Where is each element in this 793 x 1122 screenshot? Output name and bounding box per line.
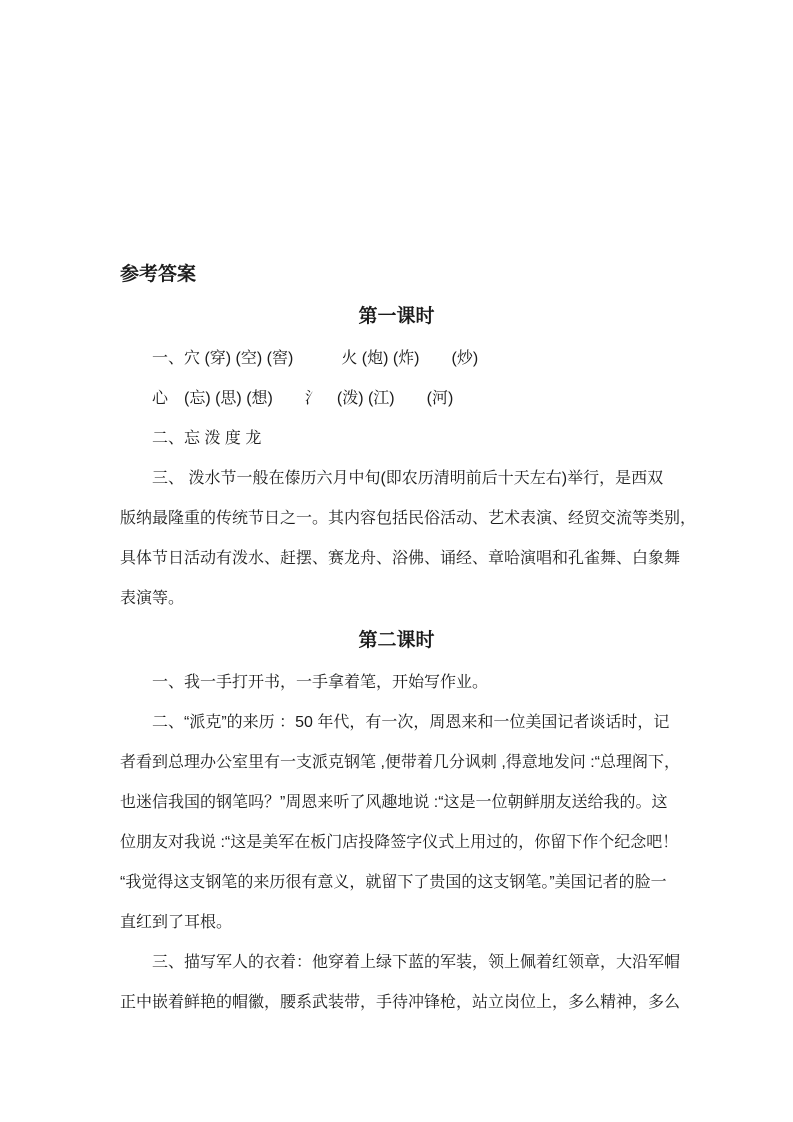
section-heading-lesson-2: 第二课时 — [120, 619, 673, 663]
document-page: 参考答案 第一课时 一、穴 (穿) (空) (窖) 火 (炮) (炸) (炒) … — [0, 0, 793, 1122]
answer-line: 具体节日活动有泼水、赶摆、赛龙舟、浴佛、诵经、章哈演唱和孔雀舞、白象舞 — [120, 539, 673, 579]
section-heading-lesson-1: 第一课时 — [120, 295, 673, 339]
answer-line: 也迷信我国的钢笔吗？”周恩来听了风趣地说 :“这是一位朝鲜朋友送给我的。这 — [120, 783, 673, 823]
answer-line: 者看到总理办公室里有一支派克钢笔 ,便带着几分讽刺 ,得意地发问 :“总理阁下， — [120, 743, 673, 783]
document-content: 参考答案 第一课时 一、穴 (穿) (空) (窖) 火 (炮) (炸) (炒) … — [0, 0, 793, 1023]
document-title: 参考答案 — [120, 255, 673, 295]
answer-line: 心 (忘) (思) (想) 氵 (泼) (江) (河) — [120, 379, 673, 419]
answer-line: 表演等。 — [120, 579, 673, 619]
answer-line: 位朋友对我说 :“这是美军在板门店投降签字仪式上用过的，你留下作个纪念吧！ — [120, 823, 673, 863]
answer-line: 版纳最隆重的传统节日之一。其内容包括民俗活动、艺术表演、经贸交流等类别， — [120, 499, 673, 539]
answer-line: 二、忘 泼 度 龙 — [120, 419, 673, 459]
answer-line: 直红到了耳根。 — [120, 903, 673, 943]
answer-line: 二、“派克”的来历 ：50 年代，有一次，周恩来和一位美国记者谈话时，记 — [120, 703, 673, 743]
answer-line: 一、我一手打开书，一手拿着笔，开始写作业。 — [120, 663, 673, 703]
answer-line: 三、 泼水节一般在傣历六月中旬(即农历清明前后十天左右)举行，是西双 — [120, 459, 673, 499]
answer-line: “我觉得这支钢笔的来历很有意义，就留下了贵国的这支钢笔。”美国记者的脸一 — [120, 863, 673, 903]
answer-line: 三、描写军人的衣着：他穿着上绿下蓝的军装，领上佩着红领章，大沿军帽 — [120, 943, 673, 983]
answer-line: 一、穴 (穿) (空) (窖) 火 (炮) (炸) (炒) — [120, 339, 673, 379]
answer-line: 正中嵌着鲜艳的帽徽，腰系武装带，手待冲锋枪，站立岗位上，多么精神，多么 — [120, 983, 673, 1023]
